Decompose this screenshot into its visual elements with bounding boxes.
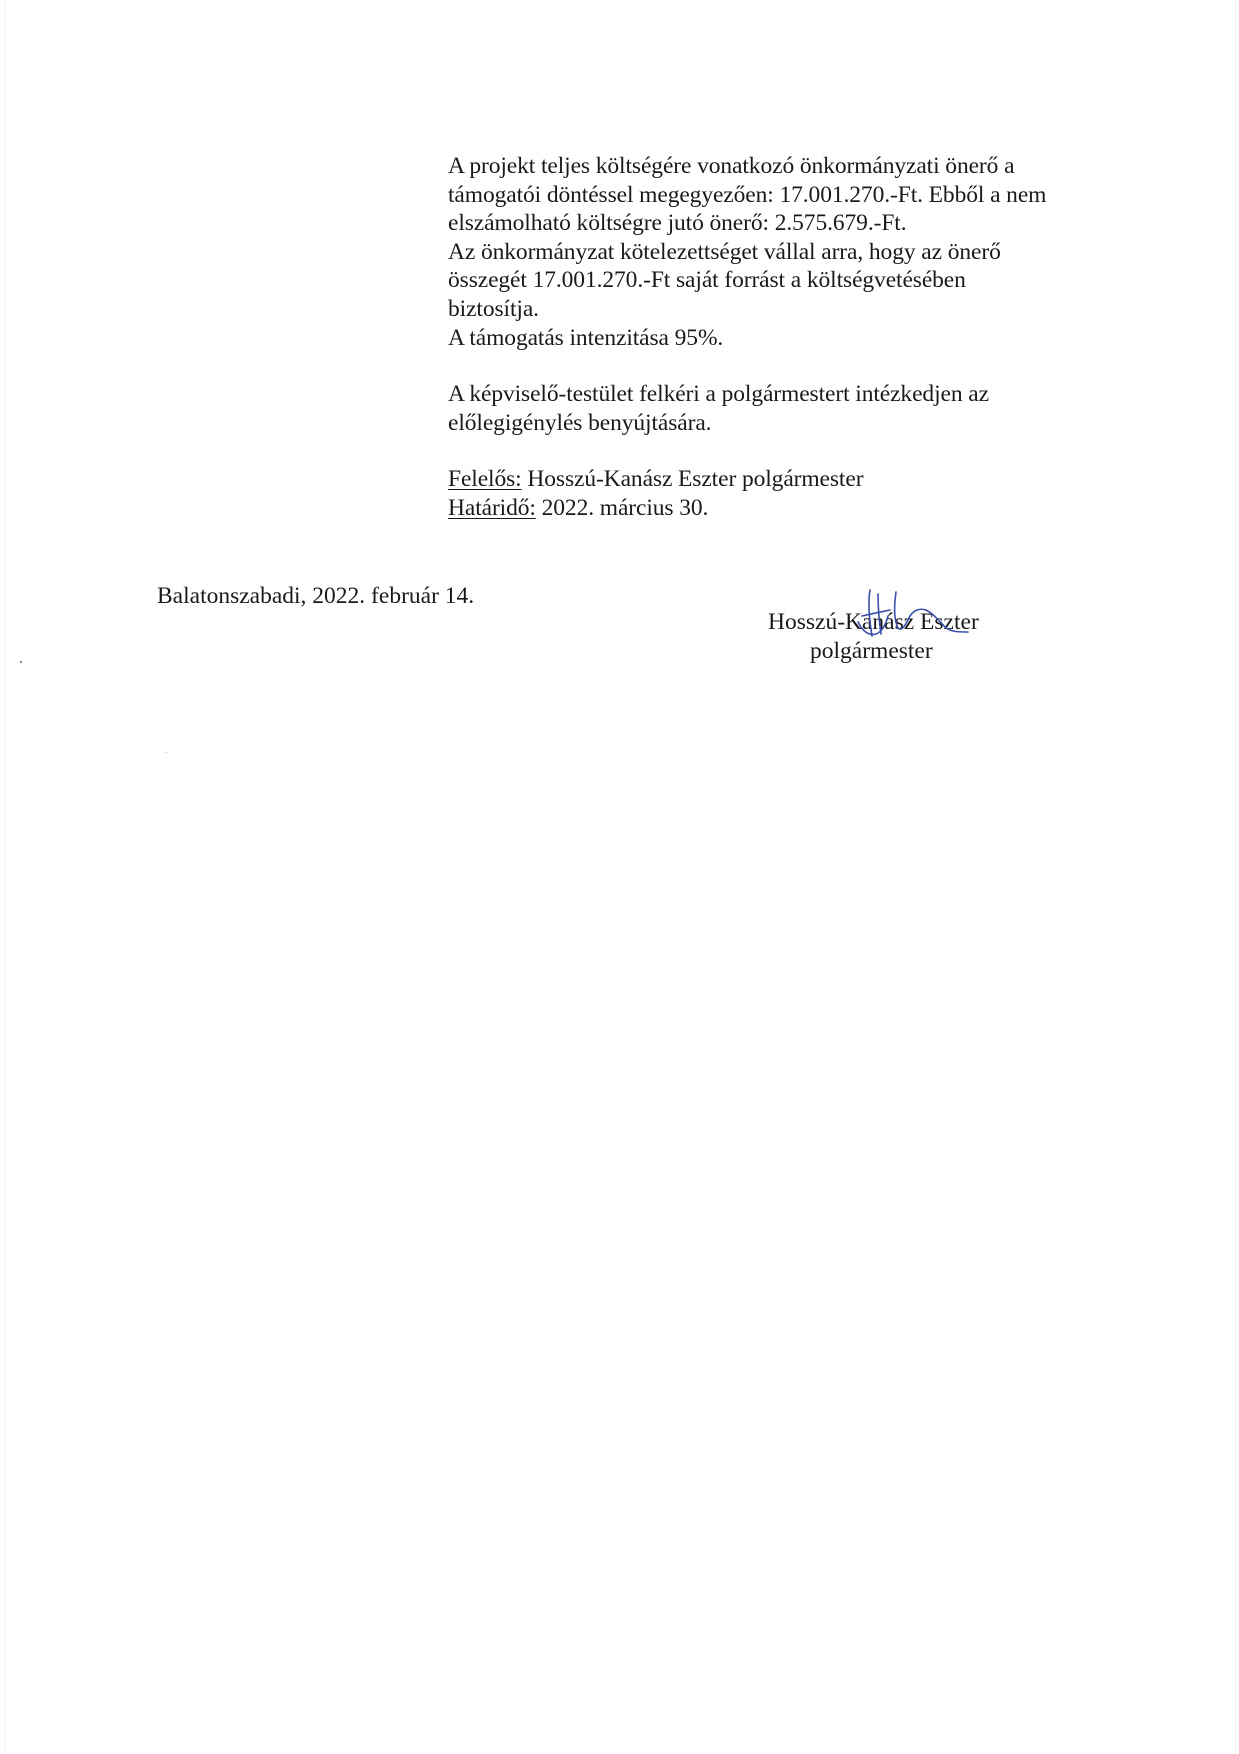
- handwritten-signature-icon: [848, 588, 978, 644]
- text-line: Az önkormányzat kötelezettséget vállal a…: [448, 238, 1090, 267]
- resolution-text: A projekt teljes költségére vonatkozó ön…: [448, 152, 1090, 523]
- deadline-value: 2022. március 30.: [536, 495, 708, 521]
- text-line: A projekt teljes költségére vonatkozó ön…: [448, 152, 1090, 181]
- responsible-line: Felelős: Hosszú-Kanász Eszter polgármest…: [448, 465, 1090, 494]
- scan-edge-left: [4, 0, 5, 1754]
- text-line: biztosítja.: [448, 295, 1090, 324]
- scan-speck: [166, 752, 167, 753]
- scan-speck: [20, 661, 22, 663]
- spacer: [448, 352, 1090, 380]
- paragraph-request: A képviselő-testület felkéri a polgármes…: [448, 380, 1090, 437]
- deadline-label: Határidő:: [448, 495, 536, 521]
- responsible-value: Hosszú-Kanász Eszter polgármester: [522, 466, 864, 492]
- paragraph-commitment: Az önkormányzat kötelezettséget vállal a…: [448, 238, 1090, 324]
- text-line: előlegigénylés benyújtására.: [448, 409, 1090, 438]
- deadline-line: Határidő: 2022. március 30.: [448, 494, 1090, 523]
- text-line: összegét 17.001.270.-Ft saját forrást a …: [448, 266, 1090, 295]
- signature-block: Hosszú-Kanász Eszter polgármester: [768, 608, 1008, 666]
- text-line: A képviselő-testület felkéri a polgármes…: [448, 380, 1090, 409]
- scan-edge-right: [1235, 0, 1236, 1754]
- place-and-date: Balatonszabadi, 2022. február 14.: [157, 582, 474, 610]
- text-line: támogatói döntéssel megegyezően: 17.001.…: [448, 181, 1090, 210]
- paragraph-intensity: A támogatás intenzitása 95%.: [448, 324, 1090, 353]
- text-line: elszámolható költségre jutó önerő: 2.575…: [448, 209, 1090, 238]
- paragraph-own-contribution: A projekt teljes költségére vonatkozó ön…: [448, 152, 1090, 238]
- spacer: [448, 437, 1090, 465]
- responsible-label: Felelős:: [448, 466, 522, 492]
